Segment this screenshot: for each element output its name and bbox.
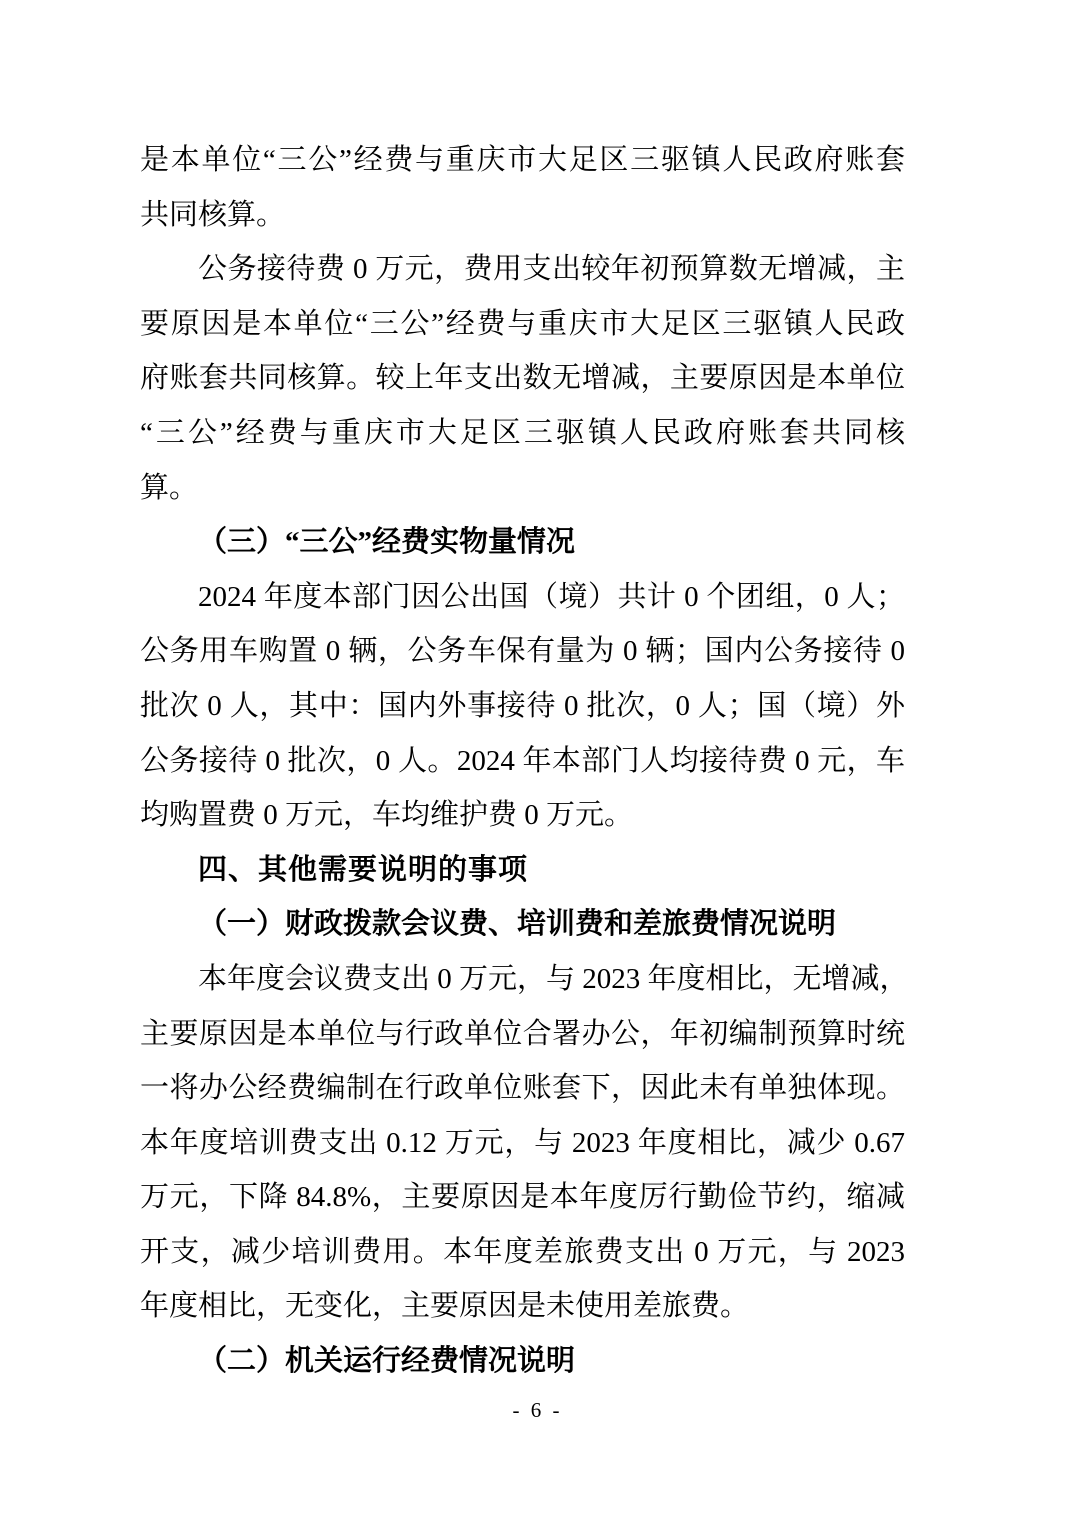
body-line: 公务接待费 0 万元，费用支出较年初预算数无增减，主 bbox=[140, 242, 905, 297]
document-body: 是本单位“三公”经费与重庆市大足区三驱镇人民政府账套 共同核算。 公务接待费 0… bbox=[140, 133, 905, 1389]
body-line: 是本单位“三公”经费与重庆市大足区三驱镇人民政府账套 bbox=[140, 133, 905, 188]
body-line: 批次 0 人，其中：国内外事接待 0 批次，0 人；国（境）外 bbox=[140, 679, 905, 734]
body-line: 均购置费 0 万元，车均维护费 0 万元。 bbox=[140, 788, 905, 843]
body-line: 一将办公经费编制在行政单位账套下，因此未有单独体现。 bbox=[140, 1061, 905, 1116]
body-line: 年度相比，无变化，主要原因是未使用差旅费。 bbox=[140, 1279, 905, 1334]
body-line: 要原因是本单位“三公”经费与重庆市大足区三驱镇人民政 bbox=[140, 297, 905, 352]
subsection-heading: （三）“三公”经费实物量情况 bbox=[140, 515, 905, 570]
body-line: 共同核算。 bbox=[140, 188, 905, 243]
body-line: 公务接待 0 批次，0 人。2024 年本部门人均接待费 0 元，车 bbox=[140, 734, 905, 789]
body-line: 万元，下降 84.8%，主要原因是本年度厉行勤俭节约，缩减 bbox=[140, 1170, 905, 1225]
subsection-heading: （一）财政拨款会议费、培训费和差旅费情况说明 bbox=[140, 897, 905, 952]
body-line: 公务用车购置 0 辆，公务车保有量为 0 辆；国内公务接待 0 bbox=[140, 624, 905, 679]
body-line: 府账套共同核算。较上年支出数无增减，主要原因是本单位 bbox=[140, 351, 905, 406]
body-line: “三公”经费与重庆市大足区三驱镇人民政府账套共同核 bbox=[140, 406, 905, 461]
body-line: 本年度培训费支出 0.12 万元，与 2023 年度相比，减少 0.67 bbox=[140, 1116, 905, 1171]
page-number: - 6 - bbox=[0, 1398, 1075, 1423]
body-line: 本年度会议费支出 0 万元，与 2023 年度相比，无增减， bbox=[140, 952, 905, 1007]
document-page: 是本单位“三公”经费与重庆市大足区三驱镇人民政府账套 共同核算。 公务接待费 0… bbox=[0, 0, 1075, 1520]
body-line: 2024 年度本部门因公出国（境）共计 0 个团组，0 人； bbox=[140, 570, 905, 625]
subsection-heading: （二）机关运行经费情况说明 bbox=[140, 1334, 905, 1389]
body-line: 算。 bbox=[140, 461, 905, 516]
section-heading: 四、其他需要说明的事项 bbox=[140, 843, 905, 898]
body-line: 主要原因是本单位与行政单位合署办公，年初编制预算时统 bbox=[140, 1007, 905, 1062]
body-line: 开支，减少培训费用。本年度差旅费支出 0 万元，与 2023 bbox=[140, 1225, 905, 1280]
